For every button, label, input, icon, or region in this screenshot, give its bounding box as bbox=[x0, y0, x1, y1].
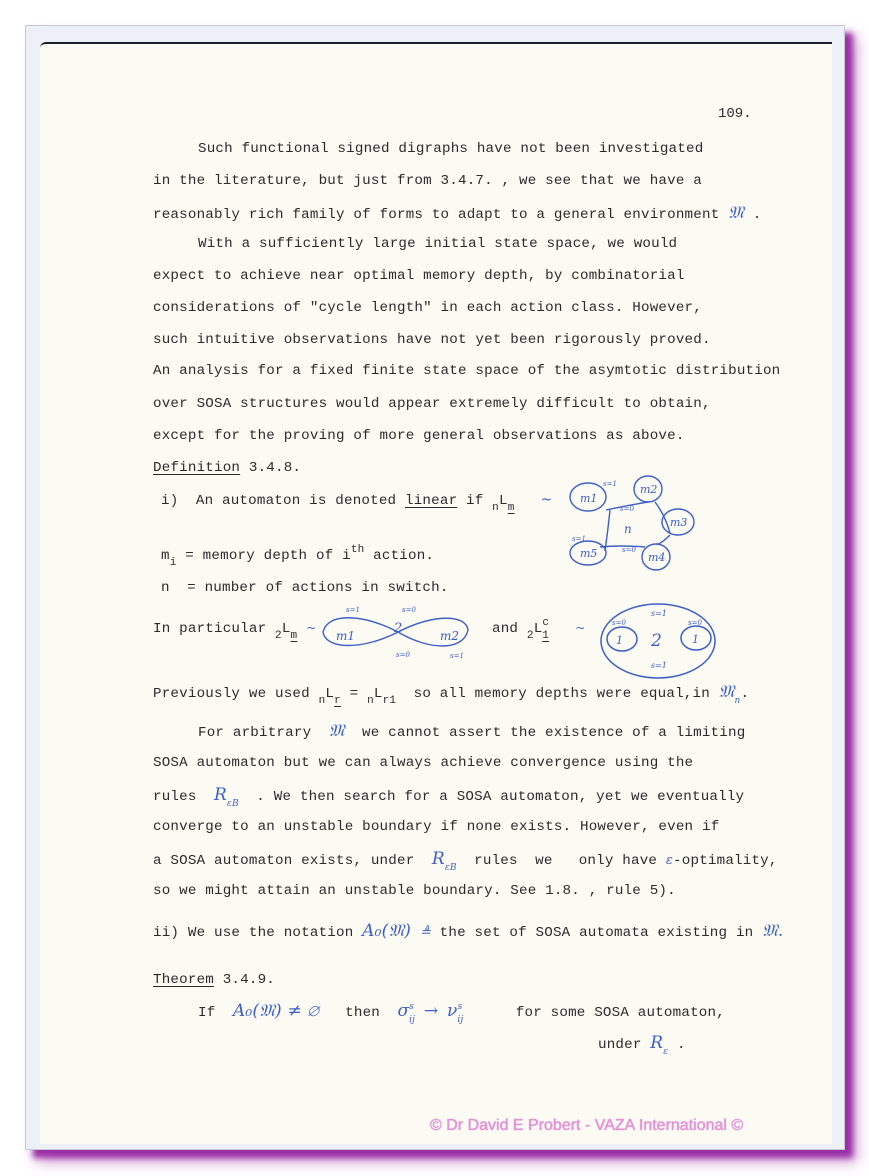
text-span: for some SOSA automaton, bbox=[516, 1005, 725, 1021]
node-label: m2 bbox=[440, 629, 459, 643]
text-line: except for the proving of more general o… bbox=[153, 427, 685, 445]
center-label: 2 bbox=[393, 621, 402, 636]
subscript: n bbox=[367, 695, 374, 707]
L-symbol: L bbox=[282, 621, 291, 637]
text-span: under bbox=[598, 1037, 642, 1053]
node-label: 1 bbox=[692, 633, 699, 646]
superscript: th bbox=[351, 544, 365, 556]
rule-symbol: R bbox=[214, 785, 227, 805]
text-span: so all memory depths were equal,in bbox=[414, 686, 710, 702]
L-symbol: L bbox=[499, 493, 508, 509]
text-line: in the literature, but just from 3.4.7. … bbox=[153, 172, 702, 190]
theorem-under-line: under Rε . bbox=[598, 1034, 686, 1055]
subscript: m bbox=[508, 502, 515, 514]
theorem-statement: If A₀(𝔐) ≠ ∅ then σsij → νsij for some S… bbox=[198, 1002, 725, 1023]
text-line: With a sufficiently large initial state … bbox=[198, 235, 677, 253]
tilde: ~ bbox=[306, 621, 316, 635]
linear-term: linear bbox=[405, 493, 457, 509]
text-line: so we might attain an unstable boundary.… bbox=[153, 882, 676, 900]
and-complement-line: and 2Lc1 ~ bbox=[492, 619, 585, 639]
edge-label: s=0 bbox=[402, 606, 416, 614]
text-span: we cannot assert the existence of a limi… bbox=[362, 725, 745, 741]
environment-symbol: 𝔐 bbox=[329, 721, 345, 741]
nu-symbol: ν bbox=[447, 1001, 458, 1021]
period: . bbox=[753, 207, 762, 223]
text-span: = bbox=[350, 686, 359, 702]
subscript: εB bbox=[227, 799, 239, 809]
subscript: n bbox=[492, 502, 499, 514]
text-span: In particular bbox=[153, 621, 266, 637]
node-label: m4 bbox=[648, 551, 665, 564]
subscript: n bbox=[319, 695, 326, 707]
center-label: 2 bbox=[650, 631, 662, 651]
text-line: An analysis for a fixed finite state spa… bbox=[153, 362, 780, 380]
text-span: a SOSA automaton exists, under bbox=[153, 853, 414, 869]
edge-label: s=1 bbox=[603, 480, 617, 488]
environment-symbol: 𝔐 bbox=[719, 682, 735, 702]
subscript: m bbox=[291, 630, 298, 642]
text-line: such intuitive observations have not yet… bbox=[153, 331, 711, 349]
text-span: m bbox=[161, 548, 170, 564]
arrow-symbol: → bbox=[424, 1001, 438, 1021]
five-state-diagram: m1 m2 m3 m4 m5 n s=1 s=0 s=1 s=0 bbox=[560, 475, 700, 580]
text-line: SOSA automaton but we can always achieve… bbox=[153, 754, 693, 772]
rule-symbol: R bbox=[650, 1033, 663, 1053]
subscript: r1 bbox=[383, 695, 397, 707]
text-span: -optimality, bbox=[673, 853, 778, 869]
text-span: and bbox=[492, 621, 518, 637]
in-particular-line: In particular 2Lm ~ bbox=[153, 619, 316, 639]
text-span: if bbox=[466, 493, 483, 509]
text-span: i) An automaton is denoted bbox=[161, 493, 396, 509]
edge-label: s=0 bbox=[688, 619, 702, 627]
edge-label: s=1 bbox=[651, 661, 667, 670]
text-line: expect to achieve near optimal memory de… bbox=[153, 267, 685, 285]
page-number: 109. bbox=[718, 106, 752, 122]
node-label: m1 bbox=[336, 629, 355, 643]
tilde: ~ bbox=[541, 492, 553, 508]
text-span: reasonably rich family of forms to adapt… bbox=[153, 207, 719, 223]
edge-label: s=0 bbox=[622, 546, 636, 554]
text-span: = memory depth of i bbox=[177, 548, 351, 564]
subscript: 2 bbox=[527, 630, 534, 642]
subscript: r bbox=[334, 695, 341, 707]
definition-number: 3.4.8. bbox=[249, 460, 301, 476]
center-label: n bbox=[624, 522, 632, 536]
period: . bbox=[741, 686, 750, 702]
text-span: action. bbox=[364, 548, 434, 564]
text-span: Previously we used bbox=[153, 686, 310, 702]
text-line: reasonably rich family of forms to adapt… bbox=[153, 204, 761, 224]
subscript: ij bbox=[457, 1015, 463, 1025]
edge-label: s=0 bbox=[396, 651, 410, 659]
text-span: then bbox=[345, 1005, 380, 1021]
two-state-complement-diagram: 1 1 2 s=0 s=0 s=1 s=1 bbox=[596, 600, 721, 682]
sigma-symbol: σ bbox=[397, 1001, 409, 1021]
text-span: . We then search for a SOSA automaton, y… bbox=[256, 789, 744, 805]
node-label: 1 bbox=[616, 634, 623, 647]
subscript: ij bbox=[409, 1015, 415, 1025]
text-span: For arbitrary bbox=[198, 725, 311, 741]
edge-label: s=1 bbox=[572, 535, 586, 543]
theorem-label: Theorem bbox=[153, 972, 214, 988]
subscript: n bbox=[735, 696, 741, 706]
text-line: For arbitrary 𝔐 we cannot assert the exi… bbox=[198, 722, 745, 742]
superscript: s bbox=[409, 1002, 414, 1012]
edge-label: s=1 bbox=[651, 609, 667, 618]
text-line: considerations of "cycle length" in each… bbox=[153, 299, 702, 317]
condition-expression: A₀(𝔐) ≠ ∅ bbox=[233, 1001, 319, 1021]
definition-item-ii: ii) We use the notation A₀(𝔐) ≜ the set … bbox=[153, 922, 784, 942]
previously-line: Previously we used nLr = nLr1 so all mem… bbox=[153, 683, 749, 704]
subscript: 1 bbox=[542, 630, 549, 642]
text-span: rules bbox=[153, 789, 197, 805]
period: . bbox=[677, 1037, 686, 1053]
node-label: m3 bbox=[670, 516, 687, 529]
environment-symbol: 𝔐. bbox=[762, 921, 783, 941]
subscript: ε bbox=[663, 1047, 668, 1057]
environment-symbol: 𝔐 bbox=[728, 203, 744, 223]
defined-as-symbol: ≜ bbox=[420, 925, 431, 940]
L-symbol: L bbox=[374, 686, 383, 702]
text-line: Such functional signed digraphs have not… bbox=[198, 140, 703, 158]
node-label: m2 bbox=[640, 483, 657, 496]
epsilon-symbol: ε bbox=[666, 853, 673, 868]
text-line: rules RεB . We then search for a SOSA au… bbox=[153, 786, 744, 807]
subscript: εB bbox=[445, 863, 457, 873]
text-line: a SOSA automaton exists, under RεB rules… bbox=[153, 850, 778, 871]
text-line: converge to an unstable boundary if none… bbox=[153, 818, 719, 836]
superscript: c bbox=[542, 617, 549, 629]
edge-label: s=0 bbox=[612, 619, 626, 627]
mi-definition: mi = memory depth of ith action. bbox=[161, 547, 434, 566]
text-span: ii) We use the notation bbox=[153, 925, 353, 941]
copyright-watermark: © Dr David E Probert - VAZA Internationa… bbox=[430, 1117, 743, 1135]
node-label: m1 bbox=[580, 492, 597, 505]
theorem-number: 3.4.9. bbox=[223, 972, 275, 988]
tilde: ~ bbox=[575, 621, 585, 635]
theorem-heading: Theorem 3.4.9. bbox=[153, 971, 275, 989]
text-span: the set of SOSA automata existing in bbox=[440, 925, 754, 941]
two-state-linear-diagram: m1 m2 2 s=1 s=0 s=0 s=1 bbox=[318, 602, 478, 660]
node-label: m5 bbox=[580, 547, 597, 560]
edge-label: s=0 bbox=[620, 505, 634, 513]
sosa-set-symbol: A₀(𝔐) bbox=[362, 921, 411, 941]
text-span: rules we only have bbox=[474, 853, 657, 869]
subscript: i bbox=[170, 557, 177, 569]
edge-label: s=1 bbox=[450, 652, 464, 660]
subscript: 2 bbox=[275, 630, 282, 642]
definition-label: Definition bbox=[153, 460, 240, 476]
text-span: If bbox=[198, 1005, 215, 1021]
definition-heading: Definition 3.4.8. bbox=[153, 459, 301, 477]
definition-item-i: i) An automaton is denoted linear if nLm… bbox=[161, 491, 553, 511]
L-symbol: L bbox=[325, 686, 334, 702]
text-line: over SOSA structures would appear extrem… bbox=[153, 395, 711, 413]
edge-label: s=1 bbox=[346, 606, 360, 614]
n-definition: n = number of actions in switch. bbox=[161, 579, 449, 597]
rule-symbol: R bbox=[432, 849, 445, 869]
superscript: s bbox=[458, 1002, 463, 1012]
